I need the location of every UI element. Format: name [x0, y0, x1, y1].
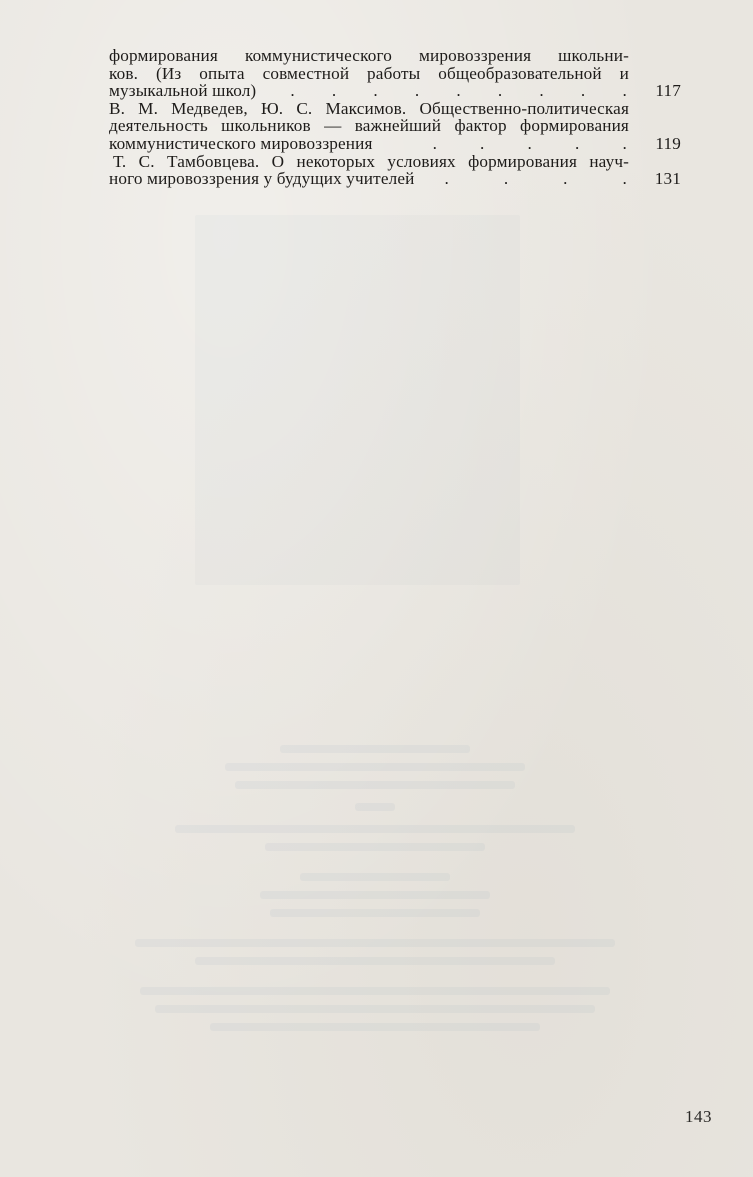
toc-entry-line: В. М. Медведев, Ю. С. Максимов. Обществе…	[109, 100, 629, 118]
toc-entry: Т. С. Тамбовцева. О некоторых условиях ф…	[109, 153, 681, 188]
document-page: формирования коммунистического мировоззр…	[0, 0, 753, 1177]
toc-entry-page: 117	[641, 82, 681, 100]
toc-entry-line: деятельность школьников — важнейший факт…	[109, 117, 629, 135]
bleed-through-text	[120, 745, 630, 1041]
toc-entry: В. М. Медведев, Ю. С. Максимов. Обществе…	[109, 100, 681, 153]
toc-entry-line: музыкальной школ) .........	[109, 82, 629, 100]
toc-entry-line-text: ного мировоззрения у будущих учителей	[109, 170, 414, 188]
page-number: 143	[685, 1107, 712, 1127]
toc-entry-line: формирования коммунистического мировоззр…	[109, 47, 629, 65]
toc-entry-line: Т. С. Тамбовцева. О некоторых условиях ф…	[109, 153, 629, 171]
toc-entry-page: 131	[641, 170, 681, 188]
toc-entry-line-text: музыкальной школ)	[109, 82, 256, 100]
dot-leader: ....	[414, 170, 629, 188]
dot-leader: .....	[373, 135, 629, 153]
dot-leader: .........	[256, 82, 629, 100]
toc-entry-line: ного мировоззрения у будущих учителей ..…	[109, 170, 629, 188]
toc-entry-page: 119	[641, 135, 681, 153]
toc-entry-line: ков. (Из опыта совместной работы общеобр…	[109, 65, 629, 83]
table-of-contents: формирования коммунистического мировоззр…	[109, 47, 681, 188]
bleed-through-cover-image	[195, 215, 520, 585]
toc-entry-line: коммунистического мировоззрения .....	[109, 135, 629, 153]
toc-entry: формирования коммунистического мировоззр…	[109, 47, 681, 100]
toc-entry-line-text: коммунистического мировоззрения	[109, 135, 373, 153]
